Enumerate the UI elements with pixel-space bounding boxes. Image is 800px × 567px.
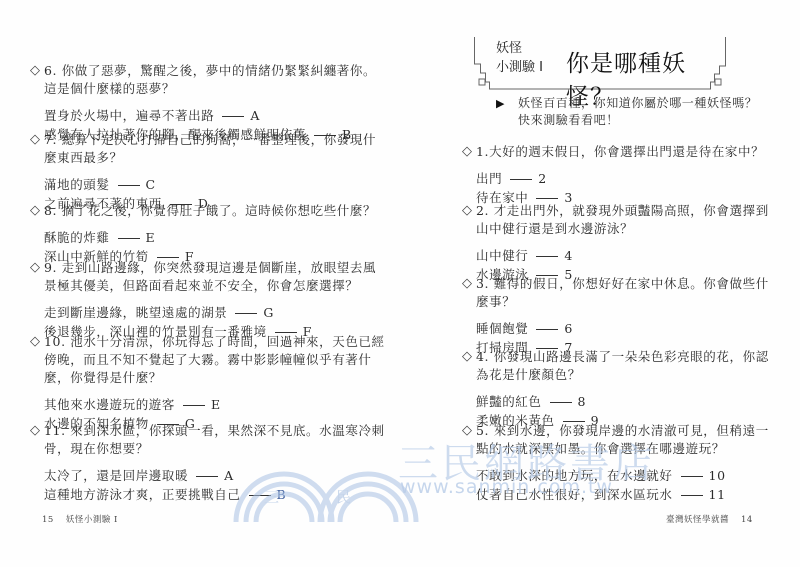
dash-connector xyxy=(681,476,703,477)
dash-connector xyxy=(183,405,205,406)
question-stem: 8. 摘了花之後，你覺得肚子餓了。這時候你想吃些什麼？ xyxy=(44,202,385,220)
series-label: 妖怪 小測驗 I xyxy=(496,39,543,77)
dash-connector xyxy=(157,257,179,258)
dash-connector xyxy=(118,185,140,186)
intro-text: ▶ 妖怪百百種，你知道你屬於哪一種妖怪嗎？快來測驗看看吧！ xyxy=(496,95,766,129)
dash-connector xyxy=(550,402,572,403)
question-8: ◇8. 摘了花之後，你覺得肚子餓了。這時候你想吃些什麼？ 酥脆的炸雞E 深山中新… xyxy=(30,202,385,266)
question-3: ◇3. 難得的假日，你想好好在家中休息。你會做些什麼事？ 睡個飽覺6 打掃房間7 xyxy=(462,275,772,357)
dash-connector xyxy=(196,476,218,477)
answer-option: 鮮豔的紅色8 xyxy=(476,392,772,411)
answer-option: 這種地方游泳才爽，正要挑戰自己B xyxy=(44,485,385,504)
answer-option: 太冷了，還是回岸邊取暖A xyxy=(44,466,385,485)
dash-connector xyxy=(235,313,257,314)
question-11: ◇11. 來到深水區，你探頭一看，果然深不見底。水溫寒冷刺骨，現在你想要？ 太冷… xyxy=(30,422,385,504)
diamond-bullet-icon: ◇ xyxy=(462,143,476,161)
answer-option: 走到斷崖邊緣，眺望遠處的湖景G xyxy=(44,303,385,322)
question-10: ◇10. 池水十分清涼，你玩得忘了時間，回過神來，天色已經傍晚，而且不知不覺起了… xyxy=(30,333,385,433)
question-5: ◇5. 來到水邊，你發現岸邊的水清澈可見，但稍遠一點的水就深黑如墨。你會選擇在哪… xyxy=(462,422,772,504)
running-title: 妖怪小測驗 I xyxy=(66,515,118,525)
book-spread: ◇6. 你做了惡夢，驚醒之後，夢中的情緒仍緊緊糾纏著你。這是個什麼樣的惡夢？ 置… xyxy=(0,0,800,567)
dash-connector xyxy=(681,495,703,496)
dash-connector xyxy=(536,329,558,330)
question-9: ◇9. 走到山路邊緣，你突然發現這邊是個斷崖，放眼望去風景極其優美，但路面看起來… xyxy=(30,259,385,341)
question-2: ◇2. 才走出門外，就發現外頭豔陽高照，你會選擇到山中健行還是到水邊游泳？ 山中… xyxy=(462,202,772,284)
diamond-bullet-icon: ◇ xyxy=(30,202,44,220)
question-1: ◇1.大好的週末假日，你會選擇出門還是待在家中？ 出門2 待在家中3 xyxy=(462,143,772,207)
triangle-bullet-icon: ▶ xyxy=(496,95,518,129)
dash-connector xyxy=(536,198,558,199)
question-stem: 1.大好的週末假日，你會選擇出門還是待在家中？ xyxy=(476,143,772,161)
answer-option: 山中健行4 xyxy=(476,246,772,265)
running-title: 臺灣妖怪學就醬 xyxy=(666,515,729,525)
chapter-title-box: 妖怪 小測驗 I 你是哪種妖怪？ xyxy=(474,37,726,101)
diamond-bullet-icon: ◇ xyxy=(462,275,476,311)
question-stem: 6. 你做了惡夢，驚醒之後，夢中的情緒仍緊緊糾纏著你。這是個什麼樣的惡夢？ xyxy=(44,62,385,98)
dash-connector xyxy=(118,238,140,239)
left-page-footer: 15妖怪小測驗 I xyxy=(42,513,118,525)
answer-option: 滿地的頭髮C xyxy=(44,175,385,194)
dash-connector xyxy=(510,179,532,180)
dash-connector xyxy=(222,116,244,117)
question-stem: 9. 走到山路邊緣，你突然發現這邊是個斷崖，放眼望去風景極其優美，但路面看起來並… xyxy=(44,259,385,295)
dash-connector xyxy=(249,495,271,496)
left-page: ◇6. 你做了惡夢，驚醒之後，夢中的情緒仍緊緊糾纏著你。這是個什麼樣的惡夢？ 置… xyxy=(0,0,400,567)
right-page-footer: 臺灣妖怪學就醬14 xyxy=(666,513,765,525)
diamond-bullet-icon: ◇ xyxy=(462,202,476,238)
diamond-bullet-icon: ◇ xyxy=(30,333,44,387)
question-stem: 11. 來到深水區，你探頭一看，果然深不見底。水溫寒冷刺骨，現在你想要？ xyxy=(44,422,385,458)
diamond-bullet-icon: ◇ xyxy=(30,422,44,458)
answer-option: 酥脆的炸雞E xyxy=(44,228,385,247)
diamond-bullet-icon: ◇ xyxy=(30,259,44,295)
question-stem: 4. 你發現山路邊長滿了一朵朵色彩亮眼的花，你認為花是什麼顏色？ xyxy=(476,348,772,384)
answer-option: 置身於火場中，遍尋不著出路A xyxy=(44,106,385,125)
question-stem: 2. 才走出門外，就發現外頭豔陽高照，你會選擇到山中健行還是到水邊游泳？ xyxy=(476,202,772,238)
question-stem: 10. 池水十分清涼，你玩得忘了時間，回過神來，天色已經傍晚，而且不知不覺起了大… xyxy=(44,333,385,387)
question-4: ◇4. 你發現山路邊長滿了一朵朵色彩亮眼的花，你認為花是什麼顏色？ 鮮豔的紅色8… xyxy=(462,348,772,430)
diamond-bullet-icon: ◇ xyxy=(462,348,476,384)
dash-connector xyxy=(536,256,558,257)
question-7: ◇7. 總算下定決心打掃自己的狗窩，一番整理後，你發現什麼東西最多？ 滿地的頭髮… xyxy=(30,131,385,213)
question-stem: 3. 難得的假日，你想好好在家中休息。你會做些什麼事？ xyxy=(476,275,772,311)
answer-option: 其他來水邊遊玩的遊客E xyxy=(44,395,385,414)
question-stem: 7. 總算下定決心打掃自己的狗窩，一番整理後，你發現什麼東西最多？ xyxy=(44,131,385,167)
diamond-bullet-icon: ◇ xyxy=(30,131,44,167)
question-stem: 5. 來到水邊，你發現岸邊的水清澈可見，但稍遠一點的水就深黑如墨。你會選擇在哪邊… xyxy=(476,422,772,458)
diamond-bullet-icon: ◇ xyxy=(30,62,44,98)
page-number: 14 xyxy=(741,515,753,525)
diamond-bullet-icon: ◇ xyxy=(462,422,476,458)
page-number: 15 xyxy=(42,515,54,525)
answer-option: 不敢到水深的地方玩，在水邊就好10 xyxy=(476,466,772,485)
answer-option: 仗著自己水性很好，到深水區玩水11 xyxy=(476,485,772,504)
answer-option: 睡個飽覺6 xyxy=(476,319,772,338)
answer-option: 出門2 xyxy=(476,169,772,188)
